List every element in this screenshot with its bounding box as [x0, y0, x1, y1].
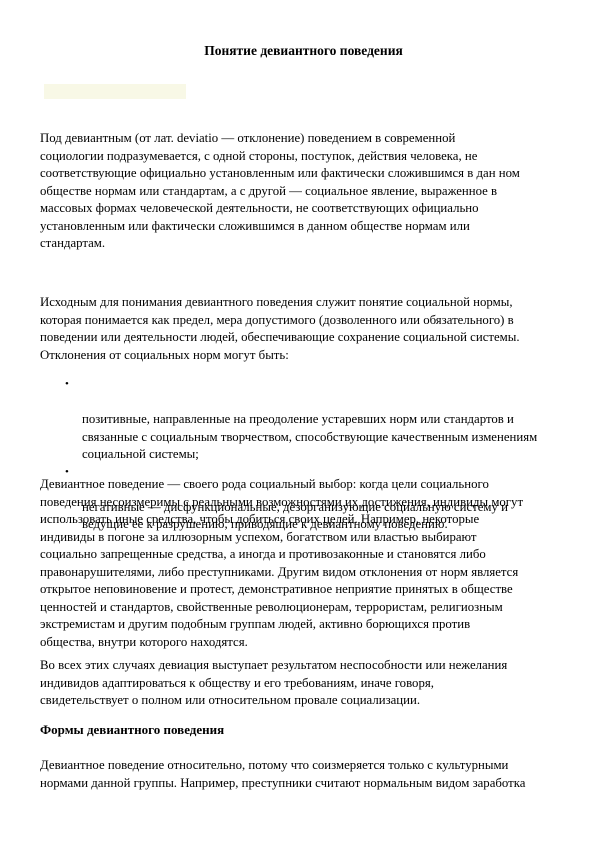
paragraph-relativity: Девиантное поведение относительно, потом… — [40, 757, 590, 792]
paragraph-social-choice: Девиантное поведение — своего рода социа… — [40, 476, 590, 651]
subheading-forms: Формы девиантного поведения — [40, 721, 590, 739]
empty-highlight-box — [44, 84, 186, 99]
document-page: Понятие девиантного поведения Под девиан… — [0, 0, 595, 842]
bullet-icon: • — [65, 376, 69, 394]
paragraph-deviation-result: Во всех этих случаях девиация выступает … — [40, 657, 590, 710]
paragraph-social-norm: Исходным для понимания девиантного повед… — [40, 294, 590, 364]
paragraph-deviant-definition: Под девиантным (от лат. deviatio — откло… — [40, 130, 590, 253]
list-item-text: позитивные, направленные на преодоление … — [82, 412, 537, 461]
list-item-positive: • позитивные, направленные на преодолени… — [40, 376, 590, 464]
page-title: Понятие девиантного поведения — [40, 42, 567, 60]
